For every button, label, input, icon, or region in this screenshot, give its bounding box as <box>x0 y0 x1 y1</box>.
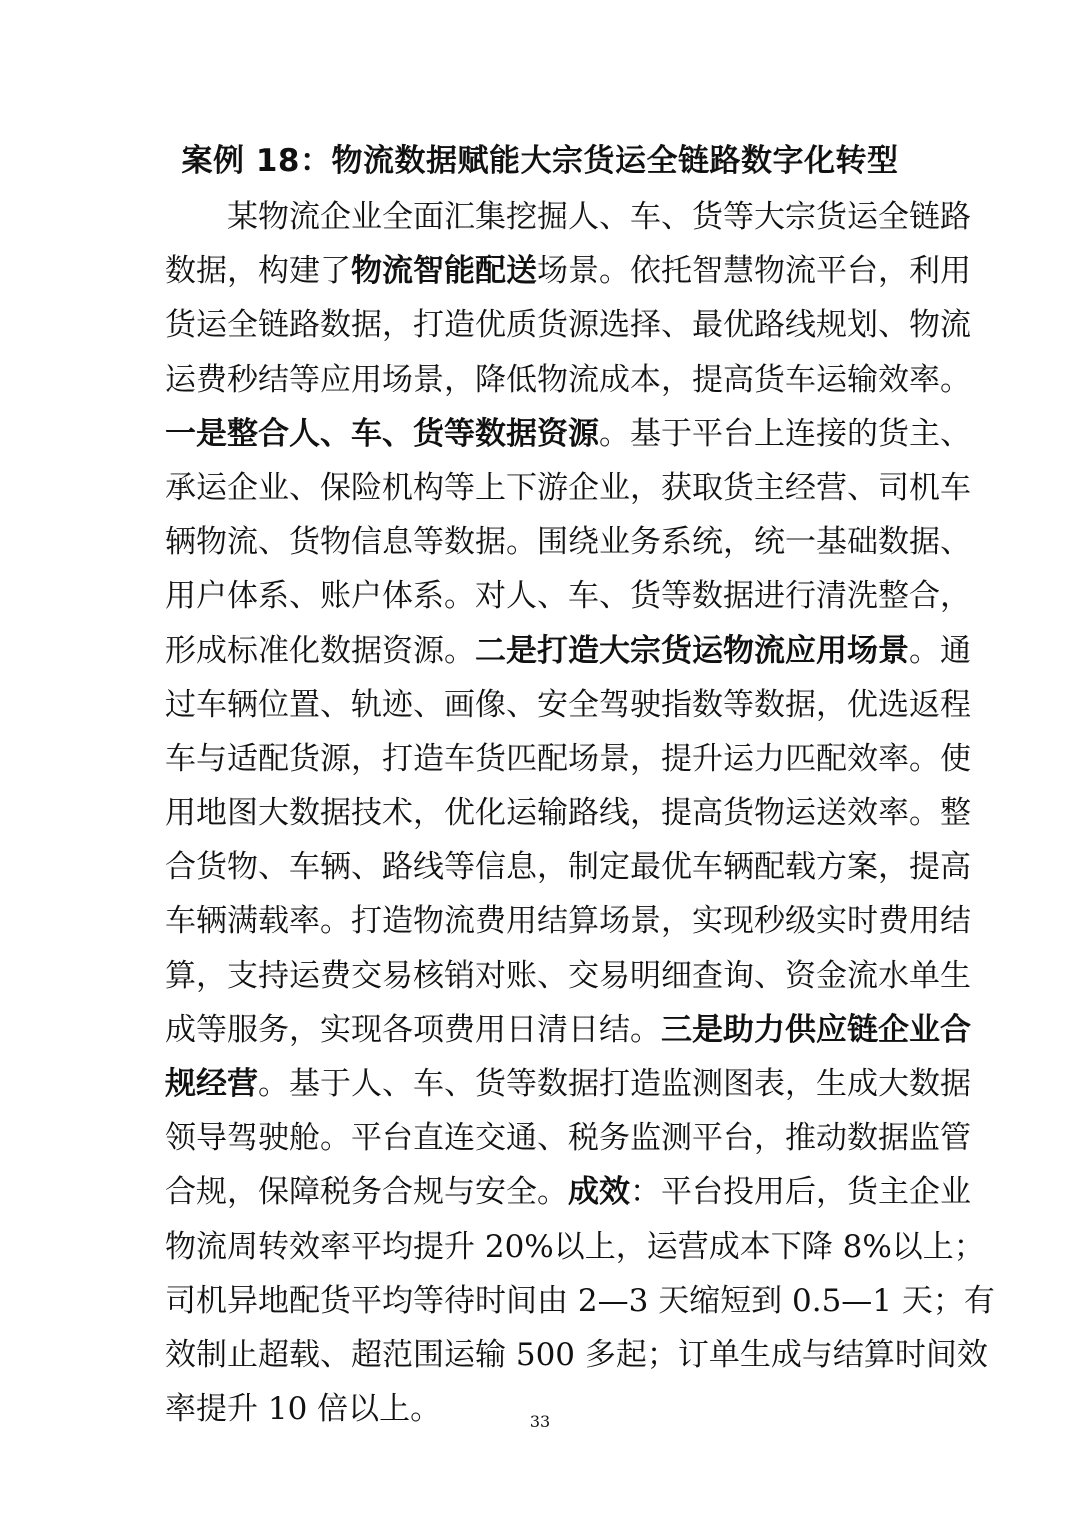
text-segment: 车与适配货源，打造车货匹配场景，提升运力匹配效率。使 <box>165 741 971 777</box>
bold-text-segment: 二是打造大宗货运物流应用场景 <box>475 633 909 669</box>
text-line: 过车辆位置、轨迹、画像、安全驾驶指数等数据，优选返程 <box>165 678 917 732</box>
page-number: 33 <box>0 1410 1080 1434</box>
bold-text-segment: 物流智能配送 <box>351 253 537 289</box>
bold-text-segment: 成效 <box>568 1174 630 1210</box>
text-segment: 用户体系、账户体系。对人、车、货等数据进行清洗整合， <box>165 578 971 614</box>
text-line: 用地图大数据技术，优化运输路线，提高货物运送效率。整 <box>165 786 917 840</box>
text-line: 承运企业、保险机构等上下游企业，获取货主经营、司机车 <box>165 461 917 515</box>
text-line: 合货物、车辆、路线等信息，制定最优车辆配载方案，提高 <box>165 840 917 894</box>
text-segment: 。基于人、车、货等数据打造监测图表，生成大数据 <box>258 1066 971 1102</box>
text-line: 车辆满载率。打造物流费用结算场景，实现秒级实时费用结 <box>165 894 917 948</box>
text-segment: 某物流企业全面汇集挖掘人、车、货等大宗货运全链路 <box>227 199 971 235</box>
text-segment: 辆物流、货物信息等数据。围绕业务系统，统一基础数据、 <box>165 524 971 560</box>
text-line: 某物流企业全面汇集挖掘人、车、货等大宗货运全链路 <box>165 190 917 244</box>
text-line: 算，支持运费交易核销对账、交易明细查询、资金流水单生 <box>165 949 917 1003</box>
text-line: 物流周转效率平均提升 20%以上，运营成本下降 8%以上； <box>165 1220 917 1274</box>
text-segment: 过车辆位置、轨迹、画像、安全驾驶指数等数据，优选返程 <box>165 687 971 723</box>
case-title: 案例 18：物流数据赋能大宗货运全链路数字化转型 <box>0 137 1080 185</box>
text-segment: 车辆满载率。打造物流费用结算场景，实现秒级实时费用结 <box>165 903 971 939</box>
text-segment: 领导驾驶舱。平台直连交通、税务监测平台，推动数据监管 <box>165 1120 971 1156</box>
text-line: 形成标准化数据资源。二是打造大宗货运物流应用场景。通 <box>165 624 917 678</box>
text-segment: 物流周转效率平均提升 20%以上，运营成本下降 8%以上； <box>165 1229 985 1265</box>
text-line: 辆物流、货物信息等数据。围绕业务系统，统一基础数据、 <box>165 515 917 569</box>
text-segment: 合货物、车辆、路线等信息，制定最优车辆配载方案，提高 <box>165 849 971 885</box>
bold-text-segment: 规经营 <box>165 1066 258 1102</box>
text-line: 效制止超载、超范围运输 500 多起；订单生成与结算时间效 <box>165 1328 917 1382</box>
text-line: 规经营。基于人、车、货等数据打造监测图表，生成大数据 <box>165 1057 917 1111</box>
text-segment: 数据，构建了 <box>165 253 351 289</box>
text-line: 用户体系、账户体系。对人、车、货等数据进行清洗整合， <box>165 569 917 623</box>
text-line: 一是整合人、车、货等数据资源。基于平台上连接的货主、 <box>165 407 917 461</box>
text-segment: 承运企业、保险机构等上下游企业，获取货主经营、司机车 <box>165 470 971 506</box>
case-body: 某物流企业全面汇集挖掘人、车、货等大宗货运全链路数据，构建了物流智能配送场景。依… <box>165 190 917 1436</box>
text-segment: 用地图大数据技术，优化运输路线，提高货物运送效率。整 <box>165 795 971 831</box>
text-line: 运费秒结等应用场景，降低物流成本，提高货车运输效率。 <box>165 353 917 407</box>
text-line: 成等服务，实现各项费用日清日结。三是助力供应链企业合 <box>165 1003 917 1057</box>
text-segment: ：平台投用后，货主企业 <box>630 1174 971 1210</box>
text-segment: 运费秒结等应用场景，降低物流成本，提高货车运输效率。 <box>165 362 971 398</box>
document-page: 案例 18：物流数据赋能大宗货运全链路数字化转型 某物流企业全面汇集挖掘人、车、… <box>0 0 1080 1527</box>
bold-text-segment: 一是整合人、车、货等数据资源 <box>165 416 599 452</box>
bold-text-segment: 三是助力供应链企业合 <box>661 1012 971 1048</box>
text-segment: 成等服务，实现各项费用日清日结。 <box>165 1012 661 1048</box>
text-segment: 。通 <box>909 633 971 669</box>
text-segment: 司机异地配货平均等待时间由 2—3 天缩短到 0.5—1 天；有 <box>165 1283 995 1319</box>
text-line: 领导驾驶舱。平台直连交通、税务监测平台，推动数据监管 <box>165 1111 917 1165</box>
text-line: 司机异地配货平均等待时间由 2—3 天缩短到 0.5—1 天；有 <box>165 1274 917 1328</box>
text-line: 合规，保障税务合规与安全。成效：平台投用后，货主企业 <box>165 1165 917 1219</box>
text-segment: 。基于平台上连接的货主、 <box>599 416 971 452</box>
text-line: 数据，构建了物流智能配送场景。依托智慧物流平台，利用 <box>165 244 917 298</box>
text-segment: 货运全链路数据，打造优质货源选择、最优路线规划、物流 <box>165 307 971 343</box>
text-line: 货运全链路数据，打造优质货源选择、最优路线规划、物流 <box>165 298 917 352</box>
text-segment: 算，支持运费交易核销对账、交易明细查询、资金流水单生 <box>165 958 971 994</box>
text-line: 车与适配货源，打造车货匹配场景，提升运力匹配效率。使 <box>165 732 917 786</box>
text-segment: 场景。依托智慧物流平台，利用 <box>537 253 971 289</box>
text-segment: 合规，保障税务合规与安全。 <box>165 1174 568 1210</box>
text-segment: 形成标准化数据资源。 <box>165 633 475 669</box>
text-segment: 效制止超载、超范围运输 500 多起；订单生成与结算时间效 <box>165 1337 988 1373</box>
